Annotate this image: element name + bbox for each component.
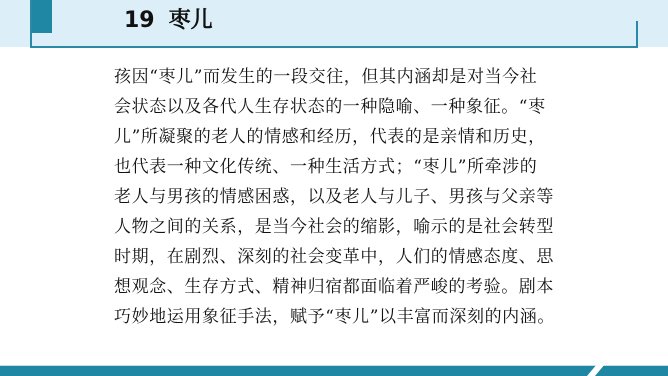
page-title: 19枣儿 (124, 6, 213, 36)
section-number: 19 (124, 8, 155, 33)
header-band (0, 0, 668, 47)
text-line: 也代表一种文化传统、一种生活方式；“枣儿”所牵涉的 (114, 152, 564, 182)
text-line: 巧妙地运用象征手法，赋予“枣儿”以丰富而深刻的内涵。 (114, 302, 564, 332)
text-line: 人物之间的关系，是当今社会的缩影，喻示的是社会转型 (114, 212, 564, 242)
text-line: 时期，在剧烈、深刻的社会变革中，人们的情感态度、思 (114, 242, 564, 272)
text-line: 会状态以及各代人生存状态的一种隐喻、一种象征。“枣 (114, 92, 564, 122)
header-frame-right-line (636, 21, 638, 48)
footer-stripe (0, 366, 668, 376)
section-title: 枣儿 (169, 8, 213, 33)
body-paragraph: 孩因“枣儿”而发生的一段交往，但其内涵却是对当今社 会状态以及各代人生存状态的一… (114, 62, 564, 332)
text-line: 孩因“枣儿”而发生的一段交往，但其内涵却是对当今社 (114, 62, 564, 92)
header-frame-left-line (30, 0, 32, 48)
text-line: 老人与男孩的情感困惑，以及老人与儿子、男孩与父亲等 (114, 182, 564, 212)
text-line: 儿”所凝聚的老人的情感和经历，代表的是亲情和历史， (114, 122, 564, 152)
text-line: 想观念、生存方式、精神归宿都面临着严峻的考验。剧本 (114, 272, 564, 302)
header-accent-block (30, 0, 52, 33)
header-frame-bottom-line (30, 46, 638, 48)
